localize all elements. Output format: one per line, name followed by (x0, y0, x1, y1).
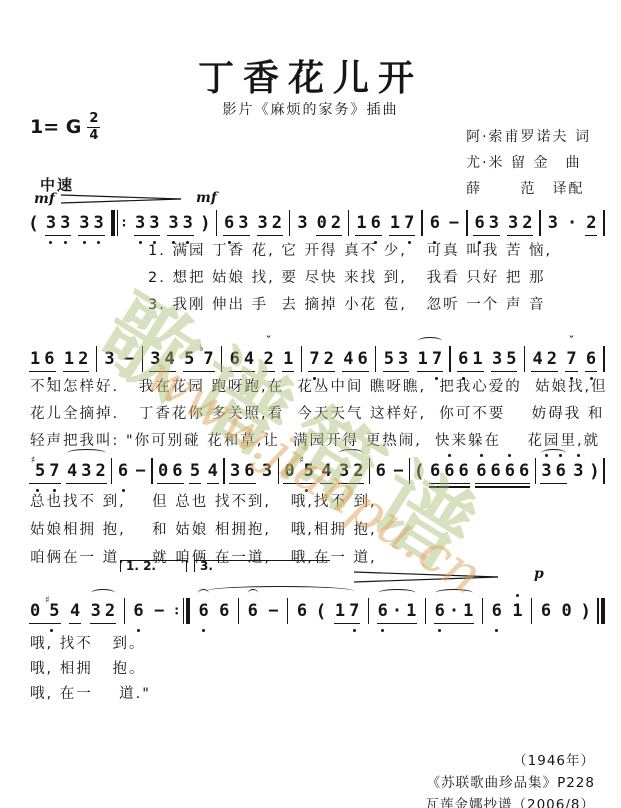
text-line: 总也找不 到, 但 总也 找不到, 哦,找不 到, (30, 488, 377, 516)
paren: ( (28, 213, 39, 234)
note-group: 5♭7 (182, 349, 216, 369)
text-line: （1946年） (426, 750, 596, 772)
note-group: − (122, 349, 136, 369)
lyrics-verses: 1. 满园 丁香 花, 它 开得 真不 少, 可真 叫我 苦 恼,2. 想把 姑… (148, 238, 552, 319)
final-barline (597, 598, 604, 624)
text-line: 薛 范 译配 (466, 176, 591, 202)
note-group: 6666 (474, 461, 531, 481)
music-line-1: (3333∶3333)633230216176−63323·2 (28, 210, 605, 236)
note-group: 0 (560, 601, 574, 621)
note-group: 6 (217, 601, 231, 621)
dynamic-p: p (534, 566, 544, 582)
key-text: 1= G (30, 116, 81, 138)
music-line-3: ♯574326−06543630♯54326−(6666666363) (28, 458, 605, 484)
lyrics-block-4: 哦, 找不 到。哦, 相拥 抱。哦, 在一 道." (30, 632, 151, 707)
note-group: 42 (530, 349, 559, 369)
decrescendo-hairpin-icon (59, 193, 185, 205)
note-group: 4 (68, 601, 82, 621)
note-group: 32 (506, 213, 535, 233)
note-group: 46 (341, 349, 370, 369)
music-line-4: 0♯54326−∶666−6(176·16·16160) (28, 598, 605, 624)
dynamic-mf-1: mf (34, 191, 55, 207)
time-signature: 2 4 (87, 112, 100, 142)
note-group: 16 (28, 349, 57, 369)
text-line: 1. 满园 丁香 花, 它 开得 真不 少, 可真 叫我 苦 恼, (148, 238, 552, 265)
note-group: 1 (510, 601, 524, 621)
note-group: 6 (295, 601, 309, 621)
note-group: − (391, 461, 405, 481)
note-group: 16 (354, 213, 383, 233)
text-line: 阿·索甫罗诺夫 词 (466, 124, 591, 150)
note-group: 3 (295, 213, 309, 233)
note-group: 7ˇ (564, 349, 578, 369)
note-group: − (134, 461, 148, 481)
lyrics-block-2: 不知怎样好. 我在花园 跑呀跑,在 花丛中间 瞧呀瞧, 把我心爱的 姑娘找,但花… (30, 374, 608, 455)
note-group: 02 (315, 213, 344, 233)
text-line: 轻声把我叫: "你可别碰 花和草,让 满园开得 更热闹, 快来躲在 花园里,就 (30, 428, 608, 455)
paren: ) (589, 461, 600, 482)
meter-denominator: 4 (87, 128, 100, 143)
note-group: 4 (319, 461, 333, 481)
note-group: 35 (490, 349, 519, 369)
note-group: 64 (228, 349, 257, 369)
note-group: 32 (89, 601, 118, 621)
note-group: − (266, 601, 280, 621)
paren: ( (414, 461, 425, 482)
text-line: 花儿全摘掉. 丁香花你 多关照,看 今天天气 这样好, 你可不要 妨碍我 和 (30, 401, 608, 428)
note-group: 6 (428, 213, 442, 233)
note-group: 32 (256, 213, 285, 233)
note-group: 6 (584, 349, 598, 369)
note-group: 33 (133, 213, 162, 233)
note-group: 6 (490, 601, 504, 621)
credits: 阿·索甫罗诺夫 词尤·米 留 金 曲薛 范 译配 (466, 124, 591, 202)
note-group: 2ˇ (261, 349, 275, 369)
volta-bracket-3: 3. (194, 560, 330, 572)
note-group: 63 (222, 213, 251, 233)
sheet-music-page: 丁香花儿开 影片《麻烦的家务》插曲 1= G 2 4 阿·索甫罗诺夫 词尤·米 … (0, 0, 621, 808)
note-group: 63 (472, 213, 501, 233)
note-group: 61 (456, 349, 485, 369)
key-signature: 1= G 2 4 (30, 112, 100, 142)
note-group: 432 (65, 461, 108, 481)
note-group: 1 (281, 349, 295, 369)
volta-3-label: 3. (200, 559, 213, 573)
note-group: 2 (584, 213, 598, 233)
note-group: 72 (307, 349, 336, 369)
note-group: 17 (388, 213, 417, 233)
note-group: 0♯5 (282, 461, 316, 481)
text-line: 《苏联歌曲珍品集》P228 (426, 772, 596, 794)
decrescendo-hairpin-2-icon (352, 570, 502, 584)
slur-arc (206, 586, 354, 596)
song-title: 丁香花儿开 (0, 50, 621, 101)
footer-source-notes: （1946年）《苏联歌曲珍品集》P228瓦莲金娜抄谱（2006/8） (426, 750, 596, 808)
dynamic-mf-2: mf (196, 190, 217, 206)
text-line: 2. 想把 姑娘 找, 要 尽快 来找 到, 我看 只好 把 那 (148, 265, 552, 292)
text-line: 尤·米 留 金 曲 (466, 150, 591, 176)
note-group: ♯57 (28, 461, 62, 481)
note-group: 0♯5 (28, 601, 62, 621)
note-group: 12 (62, 349, 91, 369)
note-group: 6 (374, 461, 388, 481)
note-group: 6 (131, 601, 145, 621)
note-group: − (447, 213, 461, 233)
meter-numerator: 2 (87, 112, 100, 128)
note-group: · (565, 213, 579, 233)
repeat-begin-barline: ∶ (111, 210, 128, 236)
volta-1-2-label: 1. 2. (126, 559, 156, 573)
repeat-end-barline: ∶ (173, 598, 190, 624)
note-group: 36 (228, 461, 257, 481)
note-group: 3 (546, 213, 560, 233)
note-group: 33 (77, 213, 106, 233)
note-group: 6 (196, 601, 210, 621)
note-group: 6 (246, 601, 260, 621)
text-line: 哦, 相拥 抱。 (30, 657, 151, 682)
note-group: 33 (44, 213, 73, 233)
paren: ) (580, 601, 591, 622)
note-group: 6 (116, 461, 130, 481)
volta-bracket-1-2: 1. 2. (120, 560, 187, 572)
note-group: 6 (539, 601, 553, 621)
note-group: 3 (102, 349, 116, 369)
dynamic-mf-1-row: mf (34, 191, 185, 207)
note-group: 06 (156, 461, 185, 481)
note-group: 17 (416, 349, 445, 369)
note-group: 4 (206, 461, 220, 481)
paren: ) (200, 213, 211, 234)
note-group: 33 (166, 213, 195, 233)
note-group: 3 (571, 461, 585, 481)
note-group: 53 (382, 349, 411, 369)
text-line: 哦, 找不 到。 (30, 632, 151, 657)
text-line: 姑娘相拥 抱, 和 姑娘 相拥抱, 哦,相拥 抱, (30, 516, 377, 544)
note-group: 34 (148, 349, 177, 369)
note-group: 3 (260, 461, 274, 481)
text-line: 瓦莲金娜抄谱（2006/8） (426, 794, 596, 808)
text-line: 3. 我刚 伸出 手 去 摘掉 小花 苞, 忽听 一个 声 音 (148, 292, 552, 319)
note-group: 666 (428, 461, 471, 481)
note-group: 32 (337, 461, 366, 481)
text-line: 哦, 在一 道." (30, 682, 151, 707)
note-group: 6·1 (433, 601, 476, 621)
note-group: 5 (188, 461, 202, 481)
paren: ( (316, 601, 327, 622)
note-group: 36 (539, 461, 568, 481)
note-group: 17 (333, 601, 362, 621)
note-group: 6·1 (376, 601, 419, 621)
note-group: − (152, 601, 166, 621)
music-line-2: 16123−345♭7642ˇ1724653176135427ˇ6 (28, 346, 605, 372)
text-line: 不知怎样好. 我在花园 跑呀跑,在 花丛中间 瞧呀瞧, 把我心爱的 姑娘找,但 (30, 374, 608, 401)
